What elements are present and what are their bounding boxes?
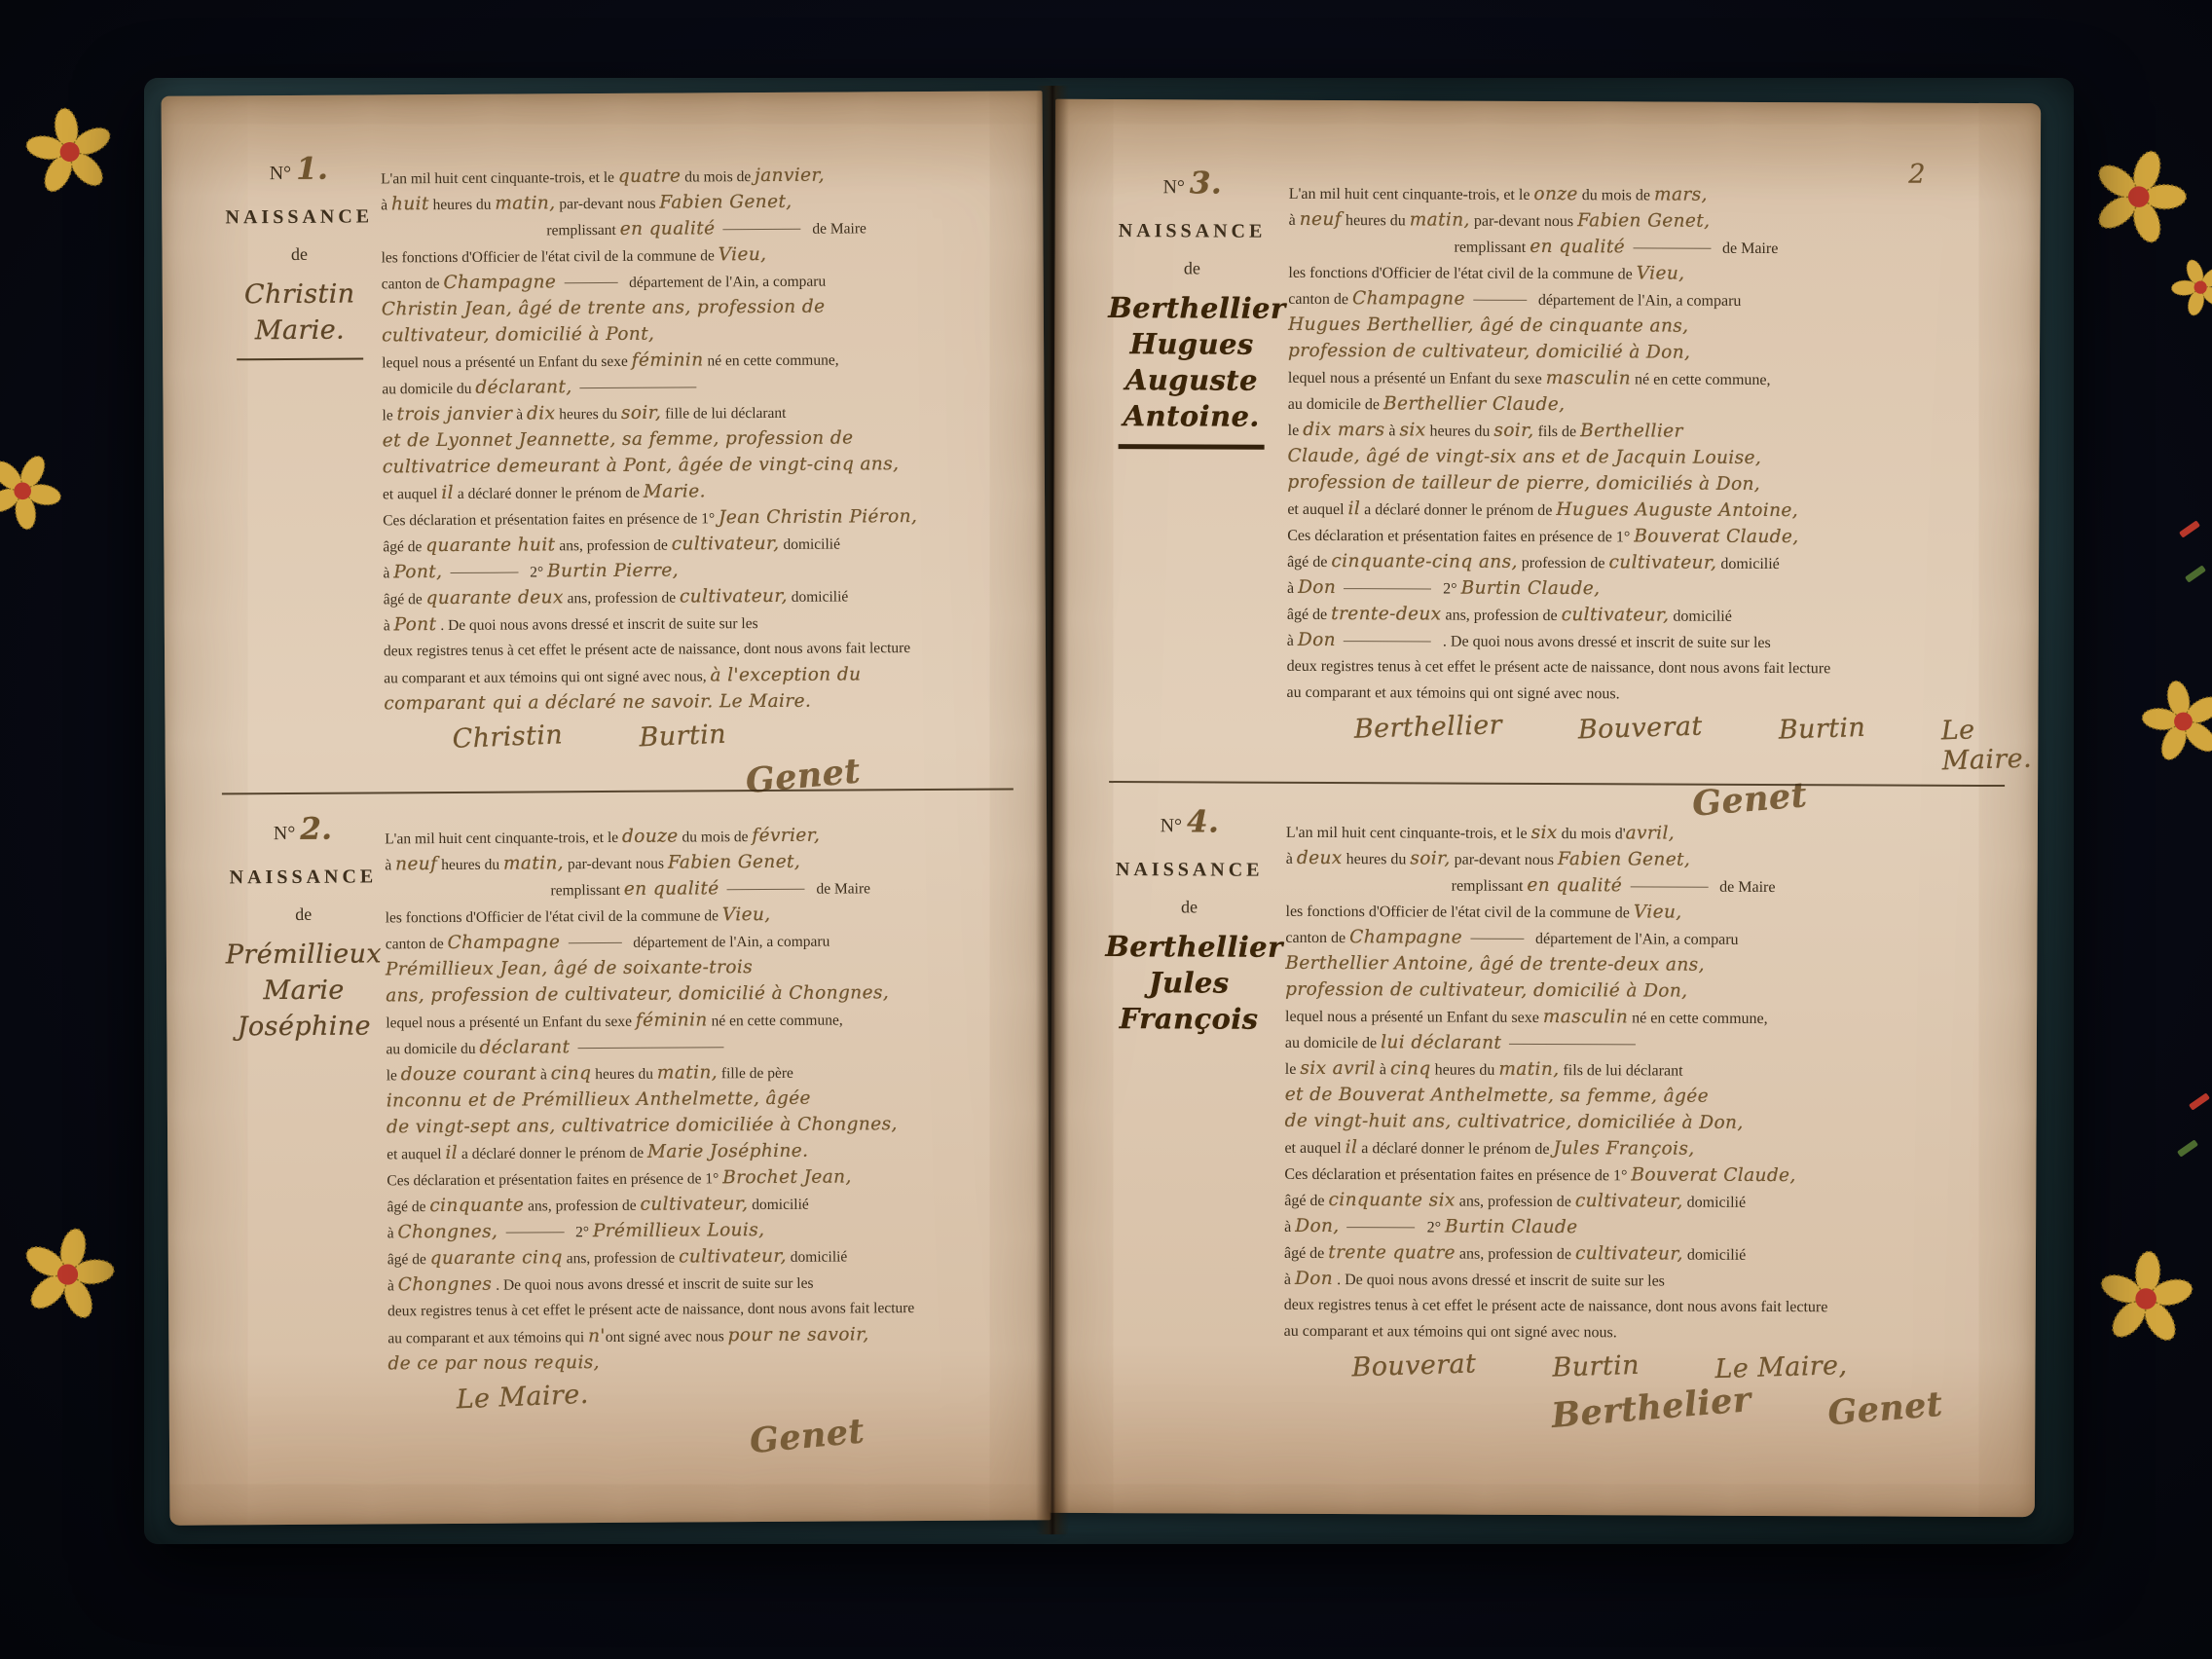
act-text-line: de ce par nous requis,	[387, 1346, 1020, 1377]
printed-form-text: domicilié	[1669, 608, 1732, 625]
printed-form-text: fille de lui déclarant	[661, 405, 786, 423]
printed-form-text: de Maire	[1715, 879, 1775, 896]
printed-form-text: remplissant	[1452, 878, 1528, 895]
handwritten-entry: Fabien Genet,	[659, 192, 792, 213]
printed-form-text: à	[1289, 212, 1300, 229]
printed-form-text: L'an mil huit cent cinquante-trois, et l…	[381, 169, 618, 187]
act-text-line: au comparant et aux témoins qui ont sign…	[384, 660, 1016, 690]
signatures-block: BouveratBurtinLe Maire,BerthelierGenet	[1283, 1350, 1996, 1429]
signature: Berthellier	[1353, 710, 1503, 775]
child-name-margin: Berthellier Hugues Auguste Antoine.	[1108, 290, 1276, 435]
printed-form-text: les fonctions d'Officier de l'état civil…	[1288, 265, 1636, 283]
act-text-line: lequel nous a présenté un Enfant du sexe…	[1285, 1003, 2008, 1032]
printed-form-text: heures du	[591, 1066, 657, 1083]
printed-form-text: deux registres tenus à cet effet le prés…	[1287, 658, 1831, 677]
handwritten-entry: Champagne	[443, 272, 556, 293]
printed-form-text: profession de	[1518, 555, 1609, 571]
handwritten-entry: onze	[1533, 184, 1577, 204]
act-text-line: les fonctions d'Officier de l'état civil…	[1288, 259, 2010, 288]
printed-form-text: heures du	[1426, 423, 1494, 439]
printed-form-text: deux registres tenus à cet effet le prés…	[384, 640, 910, 659]
act-text-line: à deux heures du soir, par-devant nous F…	[1286, 845, 2009, 874]
signature-row: BouveratBurtinLe Maire,	[1283, 1350, 1996, 1383]
act-text-line: Hugues Berthellier, âgé de cinquante ans…	[1288, 312, 2010, 341]
printed-form-text: heures du	[1431, 1061, 1499, 1078]
act-text-line: Ces déclaration et présentation faites e…	[1284, 1161, 2007, 1190]
act-text-line: profession de tailleur de pierre, domici…	[1287, 469, 2009, 498]
printed-form-text: heures du	[437, 857, 503, 873]
act-text-line: à Chongnes, 2° Prémillieux Louis,	[387, 1215, 1020, 1245]
act-text-line: et de Lyonnet Jeannette, sa femme, profe…	[383, 424, 1015, 454]
handwritten-entry: profession de cultivateur, domicilié à D…	[1288, 341, 1690, 363]
handwritten-entry: deux	[1297, 848, 1343, 868]
printed-form-text: ans, profession de	[1456, 1194, 1575, 1211]
left-page: N° 1. NAISSANCE de Christin Marie. L'an …	[162, 91, 1051, 1526]
printed-form-text: le	[1288, 423, 1304, 439]
handwritten-entry: février,	[752, 826, 820, 846]
act-text-line: cultivatrice demeurant à Pont, âgée de v…	[383, 450, 1015, 480]
printed-form-text: par-devant nous	[564, 856, 668, 873]
printed-form-text: ans, profession de	[524, 1198, 640, 1215]
handwritten-entry: cultivateur,	[1562, 605, 1670, 625]
act-text-line: âgé de cinquante-cinq ans, profession de…	[1287, 548, 2009, 577]
handwritten-entry: cultivateur,	[1609, 552, 1717, 572]
printed-form-text: lequel nous a présenté un Enfant du sexe	[382, 353, 632, 372]
handwritten-entry: profession de cultivateur, domicilié à D…	[1285, 979, 1687, 1002]
printed-form-text: département de l'Ain, a comparu	[1531, 931, 1739, 948]
handwritten-entry: et de Lyonnet Jeannette, sa femme, profe…	[383, 427, 854, 451]
signature: Burtin	[1778, 713, 1866, 776]
printed-form-text: à	[1287, 633, 1298, 649]
handwritten-entry: six avril	[1300, 1058, 1376, 1079]
handwritten-entry: il	[1346, 1137, 1358, 1158]
de-label: de	[1108, 258, 1275, 279]
blank-rule	[577, 1047, 723, 1049]
handwritten-entry: Pont	[394, 614, 437, 635]
printed-form-text: heures du	[1342, 212, 1410, 229]
printed-form-text: a déclaré donner le prénom de	[458, 1145, 647, 1162]
signature-row: Le Maire.	[388, 1379, 1012, 1413]
act-text-line: canton de Champagne département de l'Ain…	[1288, 285, 2010, 314]
act-text-line: les fonctions d'Officier de l'état civil…	[1285, 898, 2008, 927]
printed-form-text: le	[382, 407, 396, 424]
signature: Berthelier	[1550, 1380, 1752, 1436]
act-text-line: de vingt-sept ans, cultivatrice domicili…	[387, 1110, 1019, 1140]
handwritten-entry: trois janvier	[397, 404, 513, 425]
act-text-line: à Pont . De quoi nous avons dressé et in…	[384, 608, 1016, 638]
act-body: L'an mil huit cent cinquante-trois, et l…	[1286, 155, 2010, 709]
handwritten-entry: matin,	[495, 193, 555, 213]
printed-form-text: Ces déclaration et présentation faites e…	[387, 1170, 722, 1189]
printed-form-text: fille de père	[718, 1065, 793, 1082]
handwritten-entry: matin,	[1410, 209, 1470, 230]
child-name-margin: Berthellier Jules François	[1105, 929, 1272, 1038]
printed-form-text: et auquel	[1284, 1140, 1345, 1157]
blank-rule	[580, 387, 697, 388]
signature-row: ChristinBurtin	[384, 719, 1007, 753]
signature-row: BerthelierGenet	[1283, 1386, 1996, 1429]
handwritten-entry: cultivateur,	[640, 1194, 748, 1215]
handwritten-entry: Burtin Claude,	[1461, 578, 1601, 600]
birth-act-4: N° 4. NAISSANCE de Berthellier Jules Fra…	[1050, 793, 2038, 1429]
handwritten-entry: avril,	[1626, 823, 1676, 843]
handwritten-entry: Claude, âgé de vingt-six ans et de Jacqu…	[1288, 446, 1762, 468]
act-text-line: au domicile du déclarant,	[382, 371, 1014, 401]
act-text-line: lequel nous a présenté un Enfant du sexe…	[1288, 364, 2010, 393]
printed-form-text: canton de	[1285, 930, 1349, 946]
printed-form-text: fils de	[1534, 424, 1581, 440]
printed-form-text: ans, profession de	[563, 1250, 679, 1268]
printed-form-text: et auquel	[1287, 501, 1347, 518]
signature: Bouverat	[1351, 1348, 1477, 1382]
signature: Christin	[452, 719, 564, 755]
act-text-line: canton de Champagne département de l'Ain…	[386, 926, 1018, 956]
printed-form-text: du mois d'	[1558, 826, 1626, 842]
printed-form-text: de Maire	[808, 220, 866, 237]
printed-form-text: ans, profession de	[555, 537, 671, 555]
handwritten-entry: trente-deux	[1331, 604, 1441, 624]
act-text-line: profession de cultivateur, domicilié à D…	[1285, 977, 2008, 1006]
printed-form-text: Ces déclaration et présentation faites e…	[1284, 1166, 1631, 1185]
handwritten-entry: quarante deux	[426, 587, 564, 608]
act-number: N° 2.	[219, 811, 387, 847]
handwritten-entry: pour ne savoir,	[728, 1324, 869, 1346]
act-text-line: ans, profession de cultivateur, domicili…	[386, 978, 1018, 1009]
act-text-line: et auquel il a déclaré donner le prénom …	[1284, 1134, 2007, 1163]
act-text-line: Ces déclaration et présentation faites e…	[387, 1162, 1019, 1193]
printed-form-text: les fonctions d'Officier de l'état civil…	[1285, 903, 1633, 922]
handwritten-entry: douze courant	[401, 1063, 536, 1085]
act-text-line: le douze courant à cinq heures du matin,…	[387, 1057, 1019, 1088]
handwritten-entry: comparant qui a déclaré ne savoir. Le Ma…	[384, 691, 811, 715]
handwritten-entry: Vieu,	[1634, 902, 1682, 922]
printed-form-text: à	[1376, 1061, 1390, 1078]
handwritten-entry: Brochet Jean,	[722, 1166, 852, 1188]
printed-form-text: domicilié	[787, 1248, 848, 1265]
blank-rule	[505, 1232, 564, 1233]
signature: Le Maire.	[1941, 714, 2033, 777]
book-gutter	[1036, 86, 1069, 1534]
printed-form-text: à	[1384, 423, 1399, 439]
act-text-line: à Chongnes . De quoi nous avons dressé e…	[387, 1268, 1020, 1298]
handwritten-entry: Chongnes,	[397, 1222, 498, 1243]
handwritten-entry: six	[1399, 420, 1425, 440]
handwritten-entry: Don	[1295, 1269, 1333, 1289]
handwritten-entry: cultivateur, domicilié à Pont,	[382, 324, 654, 347]
act-text-line: à Don 2° Burtin Claude,	[1287, 574, 2009, 604]
handwritten-entry: et de Bouverat Anthelmette, sa femme, âg…	[1285, 1085, 1709, 1107]
act-text-line: profession de cultivateur, domicilié à D…	[1288, 338, 2010, 367]
act-text-line: les fonctions d'Officier de l'état civil…	[386, 900, 1018, 930]
act-text-line: âgé de cinquante six ans, profession de …	[1284, 1187, 2007, 1216]
de-label: de	[220, 903, 387, 925]
handwritten-entry: Hugues Auguste Antoine,	[1556, 499, 1798, 521]
printed-form-text: domicilié	[1716, 556, 1780, 572]
signatures-block: ChristinBurtinGenet	[384, 719, 1007, 798]
signature: Burtin	[638, 719, 726, 754]
printed-form-text: au comparant et aux témoins qui ont sign…	[1284, 1323, 1617, 1341]
blank-rule	[1630, 886, 1708, 887]
printed-form-text: par-devant nous	[1451, 852, 1558, 868]
act-margin: N° 3. NAISSANCE de Berthellier Hugues Au…	[1108, 166, 1276, 450]
handwritten-entry: féminin	[636, 1010, 708, 1030]
blank-rule	[1347, 1227, 1416, 1228]
printed-form-text: âgé de	[1284, 1245, 1328, 1262]
handwritten-entry: matin,	[503, 853, 564, 873]
printed-form-text: né en cette commune,	[1628, 1010, 1768, 1027]
handwritten-entry: déclarant	[479, 1037, 570, 1058]
handwritten-entry: il	[1347, 498, 1360, 519]
handwritten-entry: il	[441, 483, 454, 503]
act-text-line: remplissant en qualité de Maire	[385, 873, 1017, 903]
printed-form-text: âgé de	[384, 591, 426, 608]
right-page: 2 N° 3. NAISSANCE de Berthellier Hugues …	[1050, 99, 2041, 1517]
embroidered-flower	[15, 97, 126, 212]
printed-form-text: ans, profession de	[1441, 608, 1561, 625]
act-body: L'an mil huit cent cinquante-trois, et l…	[1284, 793, 2009, 1347]
embroidered-flower	[2129, 667, 2212, 780]
act-body: L'an mil huit cent cinquante-trois, et l…	[381, 135, 1017, 717]
act-text-line: au domicile de Berthellier Claude,	[1288, 390, 2010, 420]
embroidery-accent	[2179, 520, 2200, 537]
handwritten-entry: Burtin Pierre,	[547, 561, 679, 582]
printed-form-text: du mois de	[681, 168, 755, 185]
act-number: N° 1.	[215, 151, 383, 187]
act-text-line: remplissant en qualité de Maire	[1288, 233, 2010, 262]
act-text-line: lequel nous a présenté un Enfant du sexe…	[386, 1005, 1018, 1035]
signature: Genet	[744, 751, 862, 801]
act-margin: N° 1. NAISSANCE de Christin Marie.	[215, 151, 384, 360]
printed-form-text: . De quoi nous avons dressé et inscrit d…	[1439, 634, 1771, 651]
signature: Burtin	[1552, 1350, 1640, 1383]
printed-form-text: au comparant et aux témoins qui ont sign…	[1286, 684, 1619, 702]
printed-form-text: remplissant	[546, 222, 619, 239]
printed-form-text: canton de	[386, 936, 448, 952]
handwritten-entry: cultivateur,	[1575, 1191, 1683, 1211]
act-text-line: les fonctions d'Officier de l'état civil…	[381, 240, 1014, 270]
handwritten-entry: cinquante-cinq ans,	[1331, 551, 1517, 572]
act-text-line: au domicile du déclarant	[386, 1031, 1018, 1061]
printed-form-text: domicilié	[748, 1197, 809, 1213]
printed-form-text: ont signé avec nous	[606, 1328, 728, 1346]
handwritten-entry: dix	[527, 403, 556, 424]
handwritten-entry: cinq	[1390, 1058, 1431, 1079]
printed-form-text: département de l'Ain, a comparu	[1534, 292, 1742, 310]
handwritten-entry: quarante huit	[425, 535, 555, 556]
act-text-line: L'an mil huit cent cinquante-trois, et l…	[1289, 180, 2011, 209]
printed-form-text: âgé de	[1287, 554, 1331, 571]
handwritten-entry: cinq	[551, 1063, 592, 1084]
handwritten-entry: Fabien Genet,	[668, 852, 800, 873]
handwritten-entry: Berthellier	[1580, 421, 1683, 441]
signature: Genet	[748, 1411, 866, 1461]
act-text-line: âgé de trente-deux ans, profession de cu…	[1287, 601, 2009, 630]
act-text-line: deux registres tenus à cet effet le prés…	[384, 634, 1016, 664]
printed-form-text: à	[536, 1066, 551, 1083]
handwritten-entry: Fabien Genet,	[1558, 849, 1690, 870]
printed-form-text: heures du	[555, 406, 621, 423]
handwritten-entry: Fabien Genet,	[1577, 210, 1710, 232]
act-text-line: Christin Jean, âgé de trente ans, profes…	[382, 292, 1014, 322]
printed-form-text: domicilié	[1683, 1195, 1747, 1211]
printed-form-text: âgé de	[1284, 1193, 1328, 1209]
printed-form-text: 2°	[1423, 1219, 1445, 1235]
blank-rule	[1473, 300, 1527, 301]
printed-form-text: lequel nous a présenté un Enfant du sexe	[1288, 370, 1546, 387]
printed-form-text: le	[1285, 1061, 1301, 1078]
printed-form-text: a déclaré donner le prénom de	[1360, 501, 1556, 519]
printed-form-text: à	[1284, 1219, 1295, 1235]
printed-form-text: remplissant	[550, 882, 623, 899]
printed-form-text: au comparant et aux témoins qui	[387, 1329, 588, 1346]
handwritten-entry: cinquante	[429, 1196, 524, 1217]
blank-rule	[1344, 588, 1431, 589]
child-name-margin: Christin Marie.	[216, 276, 384, 349]
handwritten-entry: cultivatrice demeurant à Pont, âgée de v…	[383, 454, 900, 477]
act-text-line: le six avril à cinq heures du matin, fil…	[1285, 1055, 2008, 1085]
printed-form-text: par-devant nous	[555, 196, 659, 213]
printed-form-text: né en cette commune,	[703, 352, 838, 370]
printed-form-text: Ces déclaration et présentation faites e…	[383, 510, 719, 529]
blank-rule	[722, 229, 800, 230]
printed-form-text: âgé de	[383, 538, 425, 555]
printed-form-text: . De quoi nous avons dressé et inscrit d…	[1333, 1272, 1665, 1289]
handwritten-entry: soir,	[621, 403, 661, 424]
birth-act-1: N° 1. NAISSANCE de Christin Marie. L'an …	[162, 135, 1047, 800]
printed-form-text: à	[387, 1277, 398, 1294]
act-text-line: à Don . De quoi nous avons dressé et ins…	[1284, 1266, 2007, 1295]
act-text-line: deux registres tenus à cet effet le prés…	[387, 1294, 1020, 1324]
act-text-line: L'an mil huit cent cinquante-trois, et l…	[381, 161, 1014, 191]
act-text-line: L'an mil huit cent cinquante-trois, et l…	[385, 821, 1017, 851]
printed-form-text: 2°	[571, 1224, 593, 1240]
printed-form-text: le	[387, 1067, 401, 1084]
birth-act-3: N° 3. NAISSANCE de Berthellier Hugues Au…	[1052, 154, 2041, 821]
handwritten-entry: Berthellier Claude,	[1383, 393, 1565, 415]
handwritten-entry: Bouverat Claude,	[1634, 526, 1798, 547]
signature: Le Maire,	[1714, 1350, 1848, 1384]
act-text-line: et auquel il a déclaré donner le prénom …	[1287, 496, 2009, 525]
act-number-value: 4.	[1187, 804, 1219, 839]
printed-form-text: et auquel	[387, 1146, 445, 1162]
handwritten-entry: cultivateur,	[672, 534, 780, 555]
act-text-line: remplissant en qualité de Maire	[381, 213, 1014, 243]
printed-form-text: à	[387, 1225, 398, 1241]
printed-form-text: au domicile du	[382, 381, 475, 398]
handwritten-entry: profession de tailleur de pierre, domici…	[1287, 472, 1760, 495]
handwritten-entry: Jules François,	[1554, 1138, 1695, 1160]
printed-form-text: . De quoi nous avons dressé et inscrit d…	[436, 615, 757, 634]
printed-form-text: fils de lui déclarant	[1559, 1062, 1682, 1080]
act-number-value: 2.	[300, 812, 332, 847]
printed-form-text: né en cette commune,	[1631, 371, 1771, 388]
handwritten-entry: masculin	[1546, 368, 1631, 388]
handwritten-entry: Chongnes	[398, 1274, 493, 1296]
handwritten-entry: Vieu,	[1637, 263, 1685, 283]
handwritten-entry: quatre	[618, 166, 682, 187]
act-text-line: inconnu et de Prémillieux Anthelmette, â…	[387, 1084, 1019, 1114]
printed-form-text: heures du	[1343, 851, 1411, 867]
handwritten-entry: de ce par nous requis,	[387, 1352, 600, 1374]
handwritten-entry: Prémillieux Jean, âgé de soixante-trois	[386, 957, 753, 979]
handwritten-entry: de vingt-sept ans, cultivatrice domicili…	[387, 1114, 898, 1137]
printed-form-text: et auquel	[383, 486, 441, 502]
embroidery-accent	[2189, 1092, 2210, 1110]
printed-form-text: lequel nous a présenté un Enfant du sexe	[386, 1014, 636, 1032]
act-margin: N° 4. NAISSANCE de Berthellier Jules Fra…	[1105, 804, 1273, 1038]
register-book: N° 1. NAISSANCE de Christin Marie. L'an …	[144, 78, 2074, 1544]
printed-form-text: ans, profession de	[564, 590, 680, 608]
de-label: de	[215, 243, 383, 265]
printed-form-text: né en cette commune,	[708, 1013, 843, 1030]
blank-rule	[568, 942, 621, 943]
handwritten-entry: Champagne	[1352, 288, 1465, 310]
handwritten-entry: quarante cinq	[430, 1247, 563, 1269]
printed-form-text: L'an mil huit cent cinquante-trois, et l…	[1286, 825, 1531, 842]
printed-form-text: heures du	[429, 197, 496, 213]
handwritten-entry: Pont,	[393, 562, 442, 582]
handwritten-entry: Don	[1298, 630, 1336, 650]
act-text-line: au comparant et aux témoins qui ont sign…	[1286, 680, 2009, 709]
printed-form-text: Ces déclaration et présentation faites e…	[1287, 528, 1634, 546]
blank-rule	[564, 282, 617, 283]
act-text-line: âgé de trente quatre ans, profession de …	[1284, 1239, 2007, 1269]
printed-form-text: L'an mil huit cent cinquante-trois, et l…	[385, 829, 622, 847]
photo-scene: N° 1. NAISSANCE de Christin Marie. L'an …	[0, 0, 2212, 1659]
handwritten-entry: matin,	[1498, 1059, 1559, 1080]
printed-form-text: au domicile du	[386, 1041, 479, 1058]
printed-form-text: 2°	[526, 564, 547, 580]
printed-form-text: à	[1287, 580, 1298, 597]
act-text-line: canton de Champagne département de l'Ain…	[1285, 924, 2008, 953]
printed-form-text: de Maire	[813, 880, 870, 897]
handwritten-entry: féminin	[632, 350, 704, 370]
handwritten-entry: cultivateur,	[1575, 1243, 1683, 1264]
act-text-line: et de Bouverat Anthelmette, sa femme, âg…	[1285, 1082, 2008, 1111]
signature-row: BerthellierBouveratBurtinLe Maire.	[1286, 712, 1999, 775]
handwritten-entry: en qualité	[624, 878, 719, 900]
act-text-line: au domicile de lui déclarant	[1285, 1029, 2008, 1058]
blank-rule	[1633, 247, 1711, 248]
handwritten-entry: déclarant,	[475, 377, 571, 398]
handwritten-entry: Berthellier Antoine, âgé de trente-deux …	[1285, 953, 1705, 976]
handwritten-entry: en qualité	[1527, 875, 1622, 896]
margin-rule	[1119, 444, 1265, 450]
act-text-line: Ces déclaration et présentation faites e…	[383, 502, 1015, 533]
printed-form-text: au comparant et aux témoins qui ont sign…	[384, 668, 710, 686]
act-number: N° 4.	[1106, 804, 1273, 840]
signature-row: Genet	[388, 1415, 1012, 1458]
printed-form-text: les fonctions d'Officier de l'état civil…	[381, 247, 718, 266]
act-text-line: cultivateur, domicilié à Pont,	[382, 318, 1014, 349]
birth-act-2: N° 2. NAISSANCE de Prémillieux Marie Jos…	[166, 795, 1051, 1460]
handwritten-entry: masculin	[1543, 1007, 1628, 1027]
embroidery-accent	[2185, 565, 2206, 582]
printed-form-text: canton de	[382, 276, 444, 292]
act-text-line: à Pont, 2° Burtin Pierre,	[383, 555, 1015, 585]
act-text-line: le trois janvier à dix heures du soir, f…	[382, 397, 1014, 427]
no-label: N°	[274, 823, 296, 844]
handwritten-entry: en qualité	[1530, 237, 1625, 257]
embroidered-flower	[2089, 1242, 2202, 1359]
blank-rule	[450, 572, 518, 573]
handwritten-entry: soir,	[1493, 421, 1533, 441]
printed-form-text: à	[384, 617, 394, 634]
printed-form-text: les fonctions d'Officier de l'état civil…	[386, 907, 722, 926]
handwritten-entry: cultivateur,	[680, 586, 788, 608]
printed-form-text: domicilié	[788, 588, 849, 605]
act-number: N° 3.	[1109, 166, 1276, 202]
